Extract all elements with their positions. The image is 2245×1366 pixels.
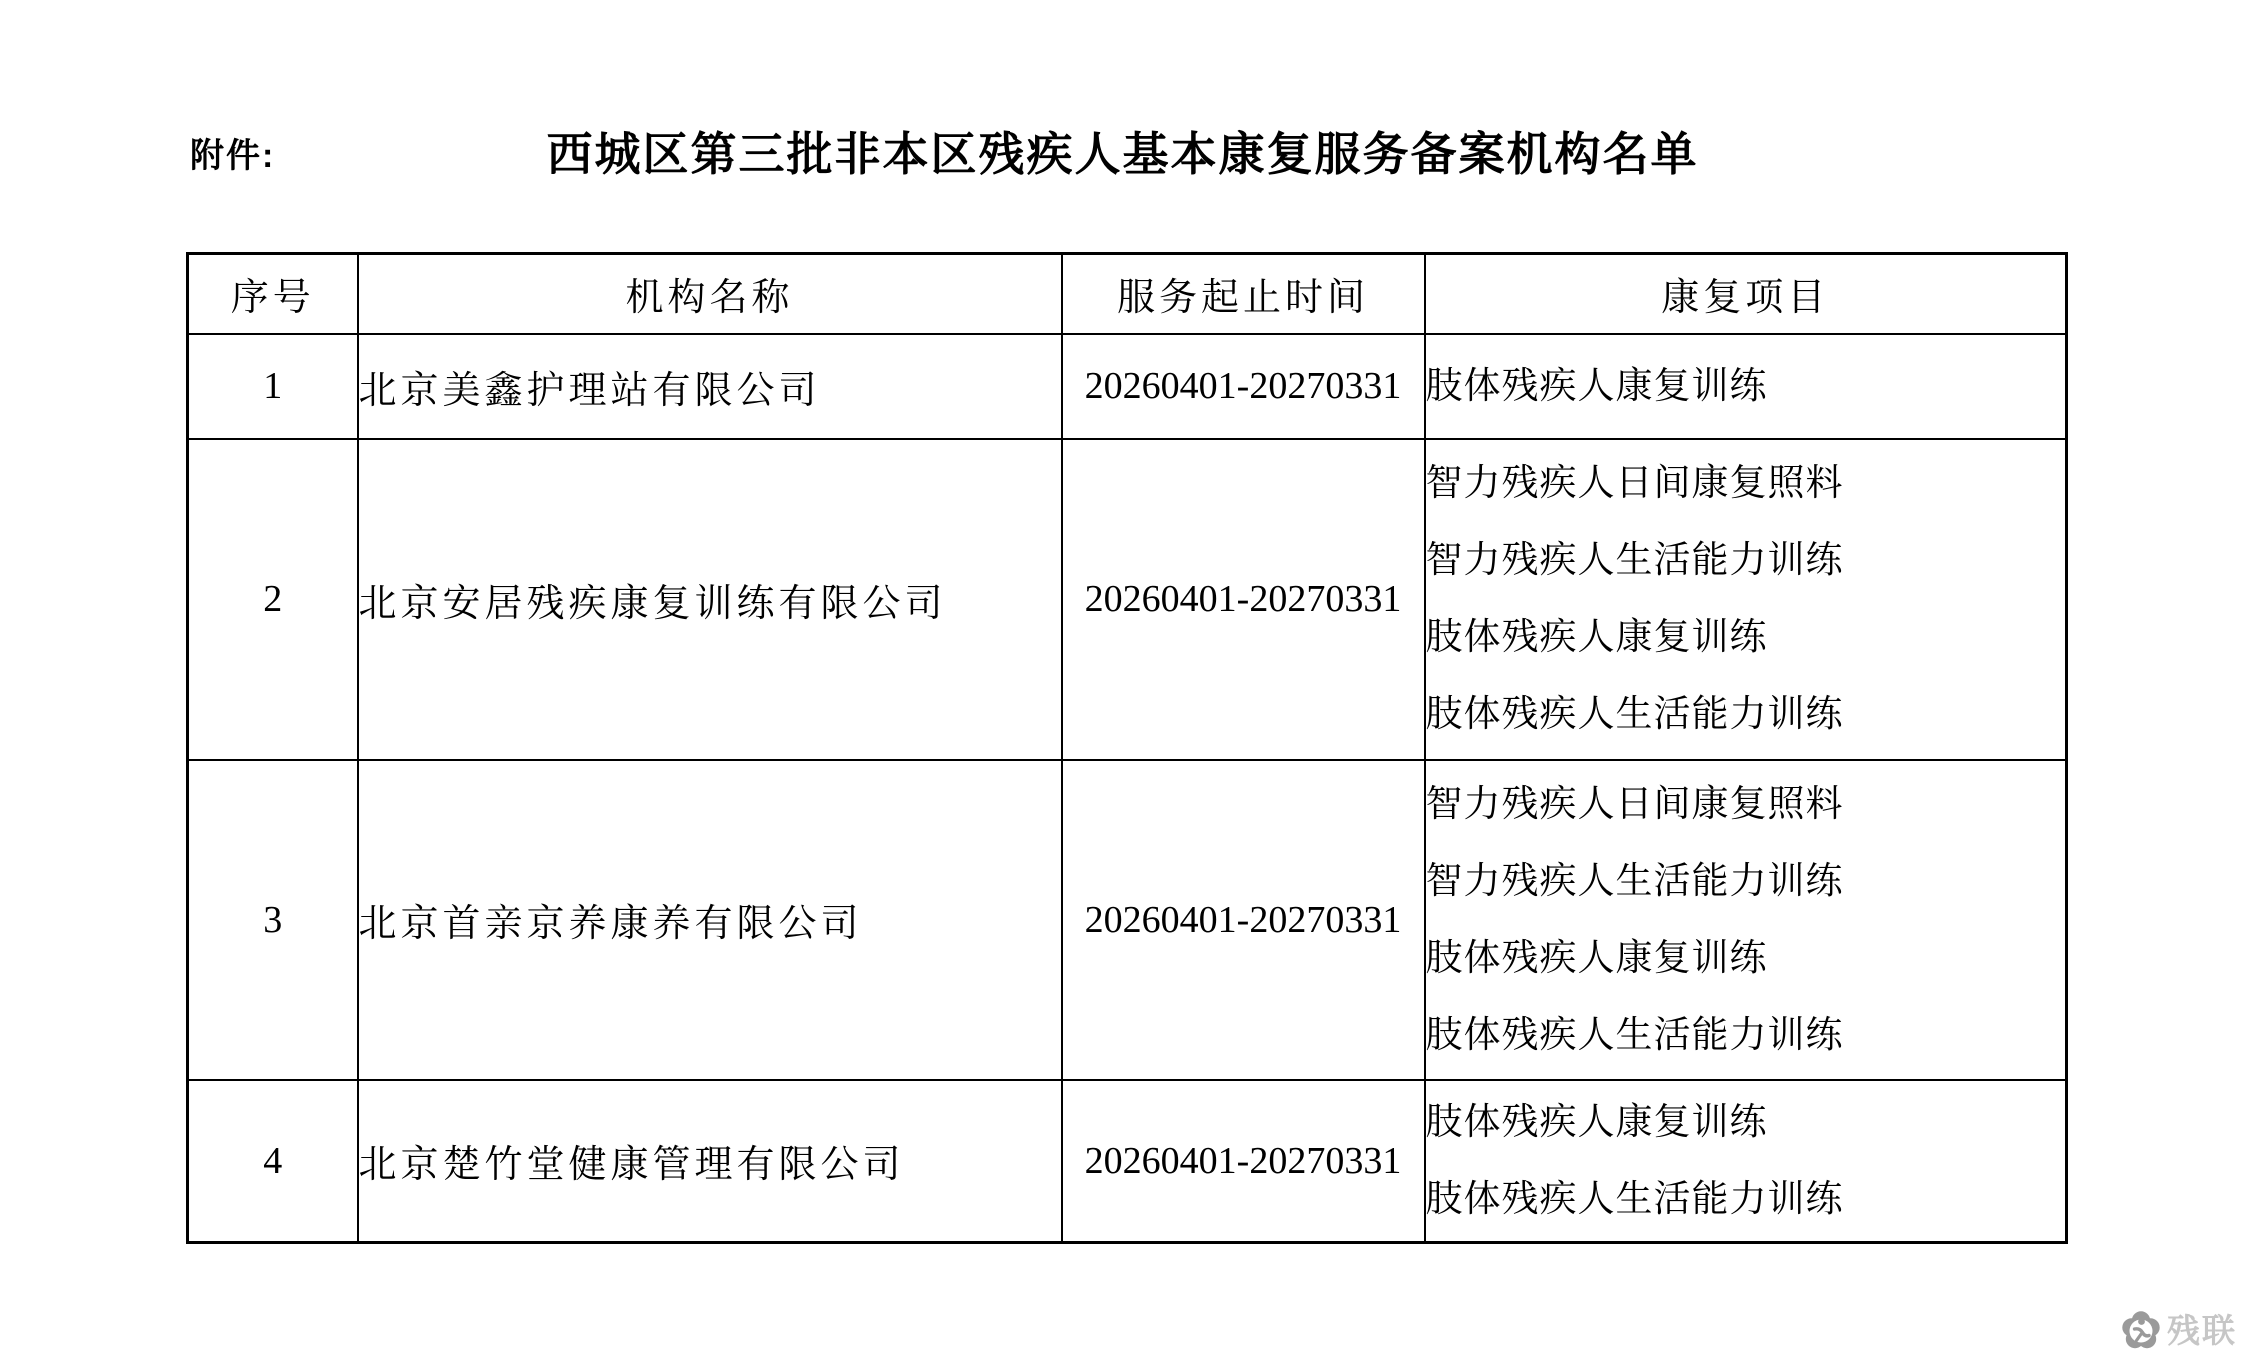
table-row: 3 北京首亲京养康养有限公司 20260401-20270331 智力残疾人日间… (188, 760, 2067, 1080)
rehab-project-item: 肢体残疾人康复训练 (1426, 920, 2066, 997)
rehab-project-item: 智力残疾人生活能力训练 (1426, 843, 2066, 920)
table-row: 1 北京美鑫护理站有限公司 20260401-20270331 肢体残疾人康复训… (188, 334, 2067, 439)
org-name-cell: 北京美鑫护理站有限公司 (358, 334, 1062, 439)
row-number-cell: 2 (188, 439, 358, 760)
institutions-table: 序号 机构名称 服务起止时间 康复项目 1 北京美鑫护理站有限公司 202604… (186, 252, 2068, 1244)
column-header-rehab-projects: 康复项目 (1425, 254, 2067, 334)
rehab-project-item: 肢体残疾人康复训练 (1426, 348, 2066, 425)
rehab-project-item: 肢体残疾人生活能力训练 (1426, 1161, 2066, 1238)
rehab-project-item: 智力残疾人生活能力训练 (1426, 522, 2066, 599)
rehab-project-item: 智力残疾人日间康复照料 (1426, 445, 2066, 522)
org-name-cell: 北京安居残疾康复训练有限公司 (358, 439, 1062, 760)
cdpf-plum-blossom-logo-icon (2120, 1308, 2162, 1352)
row-number-cell: 1 (188, 334, 358, 439)
rehab-project-item: 肢体残疾人生活能力训练 (1426, 997, 2066, 1074)
service-period-cell: 20260401-20270331 (1062, 439, 1425, 760)
service-period-cell: 20260401-20270331 (1062, 334, 1425, 439)
service-period-cell: 20260401-20270331 (1062, 1080, 1425, 1243)
rehab-project-item: 肢体残疾人康复训练 (1426, 1084, 2066, 1161)
table-row: 4 北京楚竹堂健康管理有限公司 20260401-20270331 肢体残疾人康… (188, 1080, 2067, 1243)
column-header-org-name: 机构名称 (358, 254, 1062, 334)
document-page: 附件: 西城区第三批非本区残疾人基本康复服务备案机构名单 序号 机构名称 服务起… (0, 0, 2245, 1366)
org-name-cell: 北京首亲京养康养有限公司 (358, 760, 1062, 1080)
column-header-number: 序号 (188, 254, 358, 334)
watermark: 残联 (2120, 1308, 2237, 1352)
rehab-project-item: 肢体残疾人康复训练 (1426, 599, 2066, 676)
table-row: 2 北京安居残疾康复训练有限公司 20260401-20270331 智力残疾人… (188, 439, 2067, 760)
rehab-projects-cell: 智力残疾人日间康复照料 智力残疾人生活能力训练 肢体残疾人康复训练 肢体残疾人生… (1425, 439, 2067, 760)
service-period-cell: 20260401-20270331 (1062, 760, 1425, 1080)
rehab-projects-cell: 肢体残疾人康复训练 (1425, 334, 2067, 439)
watermark-text: 残联 (2167, 1314, 2237, 1347)
row-number-cell: 3 (188, 760, 358, 1080)
org-name-cell: 北京楚竹堂健康管理有限公司 (358, 1080, 1062, 1243)
rehab-project-item: 智力残疾人日间康复照料 (1426, 766, 2066, 843)
table-header-row: 序号 机构名称 服务起止时间 康复项目 (188, 254, 2067, 334)
rehab-projects-cell: 肢体残疾人康复训练 肢体残疾人生活能力训练 (1425, 1080, 2067, 1243)
rehab-projects-cell: 智力残疾人日间康复照料 智力残疾人生活能力训练 肢体残疾人康复训练 肢体残疾人生… (1425, 760, 2067, 1080)
rehab-project-item: 肢体残疾人生活能力训练 (1426, 676, 2066, 753)
column-header-service-period: 服务起止时间 (1062, 254, 1425, 334)
page-title: 西城区第三批非本区残疾人基本康复服务备案机构名单 (0, 118, 2245, 184)
row-number-cell: 4 (188, 1080, 358, 1243)
